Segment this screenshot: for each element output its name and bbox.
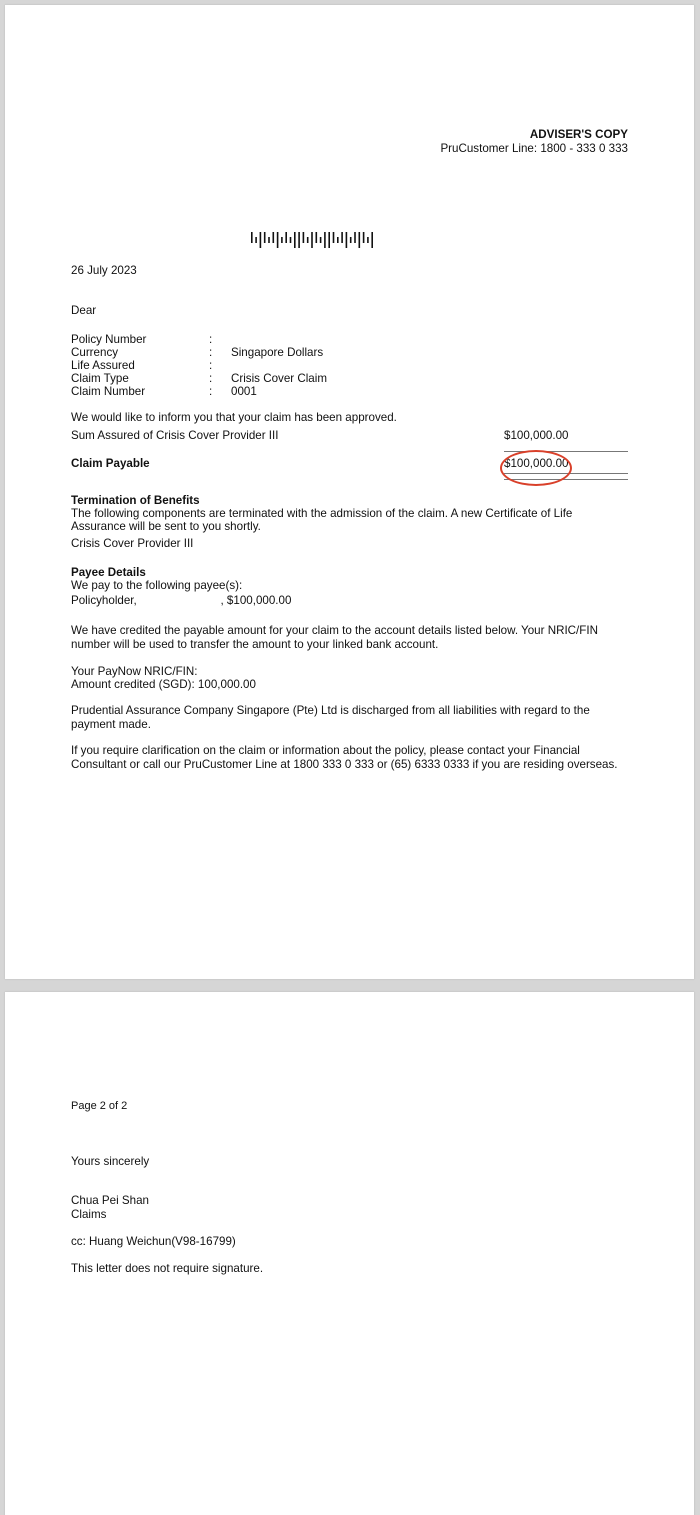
payee-heading: Payee Details [71, 566, 146, 579]
field-value: 0001 [231, 385, 257, 398]
credit-text-line2: number will be used to transfer the amou… [71, 638, 438, 651]
salutation: Dear [71, 304, 96, 317]
contact-text-line2: Consultant or call our PruCustomer Line … [71, 758, 618, 771]
signature-note: This letter does not require signature. [71, 1262, 263, 1275]
payee-line: Policyholder, , $100,000.00 [71, 594, 291, 607]
approval-text: We would like to inform you that your cl… [71, 411, 397, 424]
letter-page-1: ADVISER'S COPY PruCustomer Line: 1800 - … [5, 5, 694, 979]
discharge-text-line2: payment made. [71, 718, 151, 731]
signatory-name: Chua Pei Shan [71, 1194, 149, 1207]
field-sep: : [209, 333, 212, 346]
field-label: Claim Type [71, 372, 129, 385]
barcode-icon [249, 229, 379, 251]
discharge-text-line1: Prudential Assurance Company Singapore (… [71, 704, 590, 717]
termination-text-line1: The following components are terminated … [71, 507, 572, 520]
customer-line: PruCustomer Line: 1800 - 333 0 333 [440, 142, 628, 155]
signatory-department: Claims [71, 1208, 106, 1221]
credit-text-line1: We have credited the payable amount for … [71, 624, 598, 637]
amount-credited: Amount credited (SGD): 100,000.00 [71, 678, 256, 691]
termination-text-line2: Assurance will be sent to you shortly. [71, 520, 261, 533]
payee-intro: We pay to the following payee(s): [71, 579, 242, 592]
letter-page-2: Page 2 of 2 Yours sincerely Chua Pei Sha… [5, 992, 694, 1515]
termination-heading: Termination of Benefits [71, 494, 200, 507]
field-label: Policy Number [71, 333, 146, 346]
advisers-copy-label: ADVISER'S COPY [530, 128, 628, 141]
field-label: Claim Number [71, 385, 145, 398]
field-value: Singapore Dollars [231, 346, 323, 359]
field-label: Currency [71, 346, 118, 359]
contact-text-line1: If you require clarification on the clai… [71, 744, 580, 757]
letter-date: 26 July 2023 [71, 264, 137, 277]
field-sep: : [209, 385, 212, 398]
sum-assured-label: Sum Assured of Crisis Cover Provider III [71, 429, 278, 442]
cc-line: cc: Huang Weichun(V98-16799) [71, 1235, 236, 1248]
paynow-nric-label: Your PayNow NRIC/FIN: [71, 665, 198, 678]
field-sep: : [209, 359, 212, 372]
field-sep: : [209, 372, 212, 385]
sum-assured-amount: $100,000.00 [504, 429, 568, 442]
highlight-circle-annotation [500, 450, 572, 486]
closing: Yours sincerely [71, 1155, 149, 1168]
field-value: Crisis Cover Claim [231, 372, 327, 385]
page-number: Page 2 of 2 [71, 1100, 127, 1113]
terminated-component: Crisis Cover Provider III [71, 537, 193, 550]
claim-payable-label: Claim Payable [71, 457, 150, 470]
field-label: Life Assured [71, 359, 135, 372]
field-sep: : [209, 346, 212, 359]
